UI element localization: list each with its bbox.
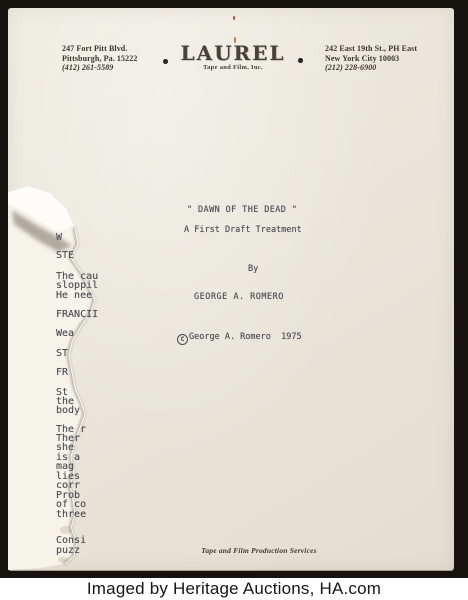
photo-backdrop: 247 Fort Pitt Blvd. Pittsburgh, Pa. 1522… [0, 0, 468, 578]
logo-wordmark: LAUREL [178, 42, 288, 64]
phone-line: (412) 261-5589 [62, 63, 137, 73]
address-line: 247 Fort Pitt Blvd. [62, 44, 137, 54]
torn-text-fragment: ST [56, 349, 68, 359]
caption-bar: Imaged by Heritage Auctions, HA.com [0, 578, 468, 600]
letterhead-right-address: 242 East 19th St., PH East New York City… [325, 44, 417, 73]
torn-text-fragment: FRANCII [56, 310, 98, 320]
script-title: " DAWN OF THE DEAD " [187, 205, 297, 215]
letterhead-left-address: 247 Fort Pitt Blvd. Pittsburgh, Pa. 1522… [62, 44, 137, 73]
phone-line: (212) 228-6900 [325, 63, 417, 73]
letterhead-dot-icon [163, 59, 168, 64]
red-ink-speck [233, 16, 235, 20]
torn-text-fragment: W [56, 233, 62, 243]
copyright-line: CGeorge A. Romero 1975 [177, 332, 302, 345]
stain [60, 526, 72, 534]
logo-subtitle: Tape and Film, Inc. [178, 64, 288, 72]
auction-photo: 247 Fort Pitt Blvd. Pittsburgh, Pa. 1522… [0, 0, 468, 600]
torn-text-fragment: three [56, 510, 86, 520]
by-label: By [248, 264, 258, 274]
torn-text-fragment: FR [56, 368, 68, 378]
torn-text-fragment: He nee [56, 291, 92, 301]
production-services-footer: Tape and Film Production Services [184, 546, 334, 555]
torn-text-fragment: Wea [56, 329, 74, 339]
heritage-auctions-caption: Imaged by Heritage Auctions, HA.com [87, 579, 381, 599]
letterhead-dot-icon [298, 58, 303, 63]
copyright-text: George A. Romero 1975 [189, 332, 302, 342]
flap-edge-highlight [8, 187, 73, 226]
torn-text-fragment: body [56, 406, 80, 416]
red-ink-speck [234, 37, 236, 43]
stain [58, 557, 68, 563]
address-line: 242 East 19th St., PH East [325, 44, 417, 54]
script-title-page: 247 Fort Pitt Blvd. Pittsburgh, Pa. 1522… [8, 8, 454, 570]
flap-shadow [12, 210, 72, 252]
address-line: Pittsburgh, Pa. 15222 [62, 54, 137, 64]
paper-curl-flap [8, 187, 73, 232]
author-name: GEORGE A. ROMERO [194, 292, 284, 302]
copyright-symbol-icon: C [177, 334, 188, 345]
script-subtitle: A First Draft Treatment [184, 225, 302, 235]
address-line: New York City 10003 [325, 54, 417, 64]
torn-text-fragment: STE [56, 251, 74, 261]
laurel-logo: LAUREL Tape and Film, Inc. [178, 42, 288, 72]
torn-text-fragment: puzz [56, 546, 80, 556]
